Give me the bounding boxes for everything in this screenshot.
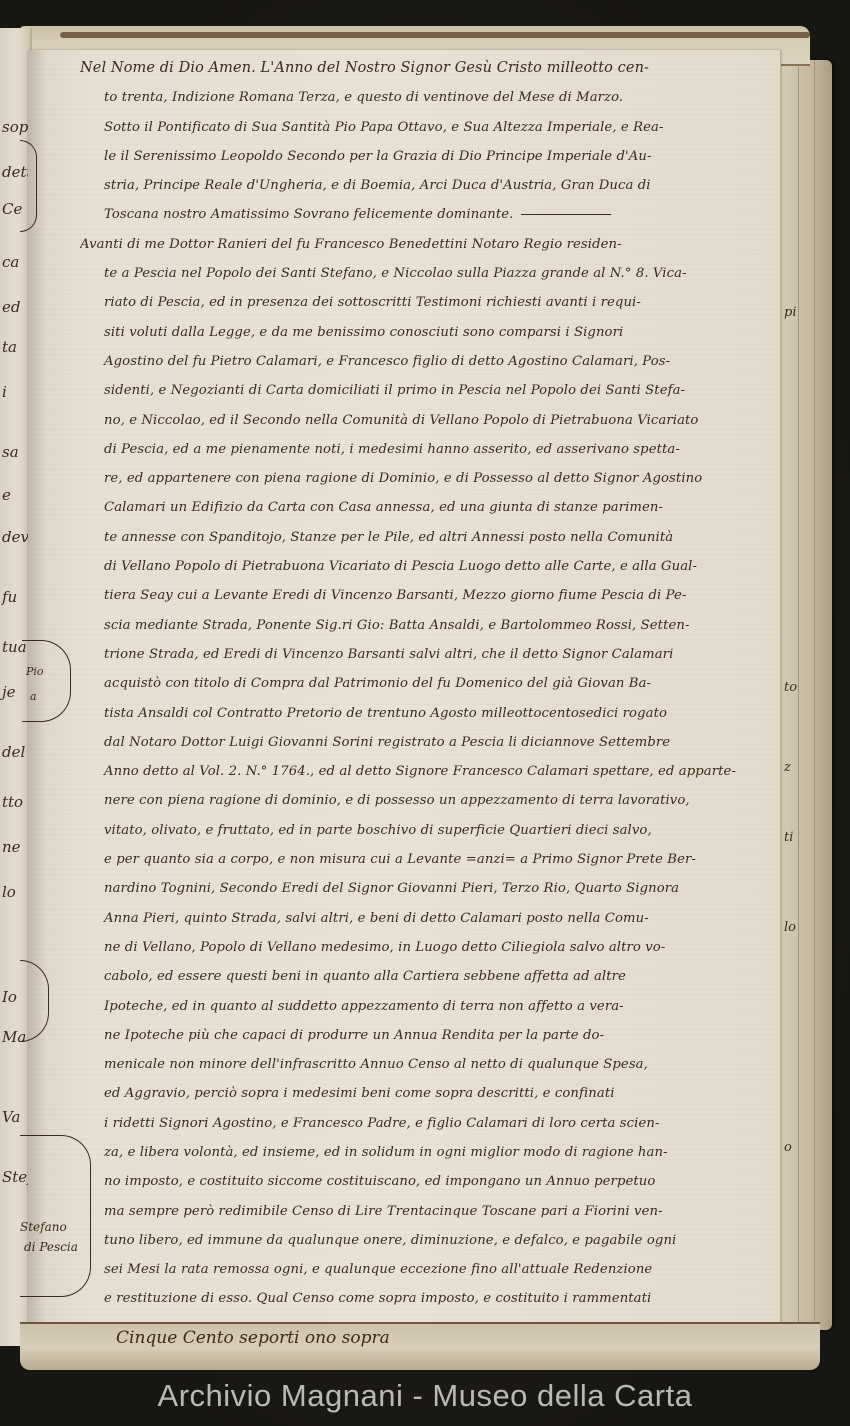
margin-note-stefano: Stefano bbox=[20, 1220, 67, 1234]
text-line: Toscana nostro Amatissimo Sovrano felice… bbox=[88, 200, 738, 229]
text-line: di Vellano Popolo di Pietrabuona Vicaria… bbox=[88, 552, 738, 581]
text-line: acquistò con titolo di Compra dal Patrim… bbox=[88, 669, 738, 698]
text-line: i ridetti Signori Agostino, e Francesco … bbox=[88, 1109, 738, 1138]
right-margin-fragment: z bbox=[784, 760, 791, 775]
text-line: nardino Tognini, Secondo Eredi del Signo… bbox=[88, 874, 738, 903]
text-line: tiera Seay cui a Levante Eredi di Vincen… bbox=[88, 581, 738, 610]
left-margin-fragment: e bbox=[2, 486, 11, 504]
page-edge-line bbox=[798, 60, 799, 1330]
margin-note: Pio bbox=[26, 665, 44, 678]
right-margin-fragment: pi bbox=[784, 305, 796, 320]
left-margin-fragment: tto bbox=[2, 793, 23, 811]
margin-brace bbox=[20, 1135, 91, 1297]
left-margin-fragment: ne bbox=[2, 838, 21, 856]
text-line: dal Notaro Dottor Luigi Giovanni Sorini … bbox=[88, 728, 738, 757]
page-edge-line bbox=[814, 60, 815, 1330]
archive-watermark: Archivio Magnani - Museo della Carta bbox=[0, 1378, 850, 1414]
text-line: Avanti di me Dottor Ranieri del fu Franc… bbox=[80, 230, 738, 259]
text-line: za, e libera volontà, ed insieme, ed in … bbox=[88, 1138, 738, 1167]
text-line: te a Pescia nel Popolo dei Santi Stefano… bbox=[88, 259, 738, 288]
text-line: ne Ipoteche più che capaci di produrre u… bbox=[88, 1021, 738, 1050]
margin-brace bbox=[22, 640, 71, 722]
left-margin-fragment: lo bbox=[2, 883, 16, 901]
margin-note-pescia: di Pescia bbox=[24, 1240, 78, 1254]
left-margin-fragment: del bbox=[2, 743, 25, 761]
text-line: Sotto il Pontificato di Sua Santità Pio … bbox=[88, 113, 738, 142]
text-line: sei Mesi la rata remossa ogni, e qualunq… bbox=[88, 1255, 738, 1284]
text-line: cabolo, ed essere questi beni in quanto … bbox=[88, 962, 738, 991]
text-line: siti voluti dalla Legge, e da me benissi… bbox=[88, 318, 738, 347]
text-line: no, e Niccolao, ed il Secondo nella Comu… bbox=[88, 406, 738, 435]
text-line: ed Aggravio, perciò sopra i medesimi ben… bbox=[88, 1079, 738, 1108]
text-line-content: Toscana nostro Amatissimo Sovrano felice… bbox=[104, 207, 513, 222]
text-line: ma sempre però redimibile Censo di Lire … bbox=[88, 1197, 738, 1226]
text-line: e restituzione di esso. Qual Censo come … bbox=[88, 1284, 738, 1313]
margin-note: a bbox=[30, 690, 37, 703]
text-line: sidenti, e Negozianti di Carta domicilia… bbox=[88, 376, 738, 405]
text-line: le il Serenissimo Leopoldo Secondo per l… bbox=[88, 142, 738, 171]
text-line: re, ed appartenere con piena ragione di … bbox=[88, 464, 738, 493]
left-margin-fragment: sa bbox=[2, 443, 19, 461]
right-margin-fragment: ti bbox=[784, 830, 793, 845]
text-line: stria, Principe Reale d'Ungheria, e di B… bbox=[88, 171, 738, 200]
text-line: trione Strada, ed Eredi di Vincenzo Bars… bbox=[88, 640, 738, 669]
left-margin-fragment: je bbox=[2, 683, 16, 701]
text-line: Nel Nome di Dio Amen. L'Anno del Nostro … bbox=[80, 54, 738, 83]
text-line: e per quanto sia a corpo, e non misura c… bbox=[88, 845, 738, 874]
text-line: te annesse con Spanditojo, Stanze per le… bbox=[88, 523, 738, 552]
line-filler-rule bbox=[521, 214, 611, 215]
text-line: di Pescia, ed a me pienamente noti, i me… bbox=[88, 435, 738, 464]
text-line: to trenta, Indizione Romana Terza, e que… bbox=[88, 83, 738, 112]
text-line: Ipoteche, ed in quanto al suddetto appez… bbox=[88, 992, 738, 1021]
text-line: riato di Pescia, ed in presenza dei sott… bbox=[88, 288, 738, 317]
left-margin-fragment: ca bbox=[2, 253, 19, 271]
text-line: Anno detto al Vol. 2. N.° 1764., ed al d… bbox=[88, 757, 738, 786]
left-margin-fragment: ed bbox=[2, 298, 20, 316]
left-margin-fragment: Va bbox=[2, 1108, 20, 1126]
left-margin-fragment: ta bbox=[2, 338, 17, 356]
right-margin-fragment: to bbox=[784, 680, 797, 695]
text-line: scia mediante Strada, Ponente Sig.ri Gio… bbox=[88, 611, 738, 640]
text-line: vitato, olivato, e fruttato, ed in parte… bbox=[88, 816, 738, 845]
margin-brace bbox=[20, 140, 37, 232]
text-line-underlined-names: Agostino del fu Pietro Calamari, e Franc… bbox=[88, 347, 738, 376]
left-margin-fragment: i bbox=[2, 383, 7, 401]
catchword: Cinque Cento seporti ono sopra bbox=[116, 1328, 390, 1348]
text-line: Anna Pieri, quinto Strada, salvi altri, … bbox=[88, 904, 738, 933]
text-line: nere con piena ragione di dominio, e di … bbox=[88, 786, 738, 815]
right-margin-fragment: lo bbox=[784, 920, 796, 935]
text-line: ne di Vellano, Popolo di Vellano medesim… bbox=[88, 933, 738, 962]
manuscript-text: Nel Nome di Dio Amen. L'Anno del Nostro … bbox=[88, 54, 738, 1314]
text-line: menicale non minore dell'infrascritto An… bbox=[88, 1050, 738, 1079]
text-line: Calamari un Edifizio da Carta con Casa a… bbox=[88, 493, 738, 522]
text-line: no imposto, e costituito siccome costitu… bbox=[88, 1167, 738, 1196]
right-margin-fragment: o bbox=[784, 1140, 792, 1155]
left-margin-fragment: fu bbox=[2, 588, 17, 606]
edge-damage bbox=[60, 32, 810, 38]
text-line: tista Ansaldi col Contratto Pretorio de … bbox=[88, 699, 738, 728]
text-line: tuno libero, ed immune da qualunque oner… bbox=[88, 1226, 738, 1255]
left-margin-fragment: Io bbox=[2, 988, 17, 1006]
